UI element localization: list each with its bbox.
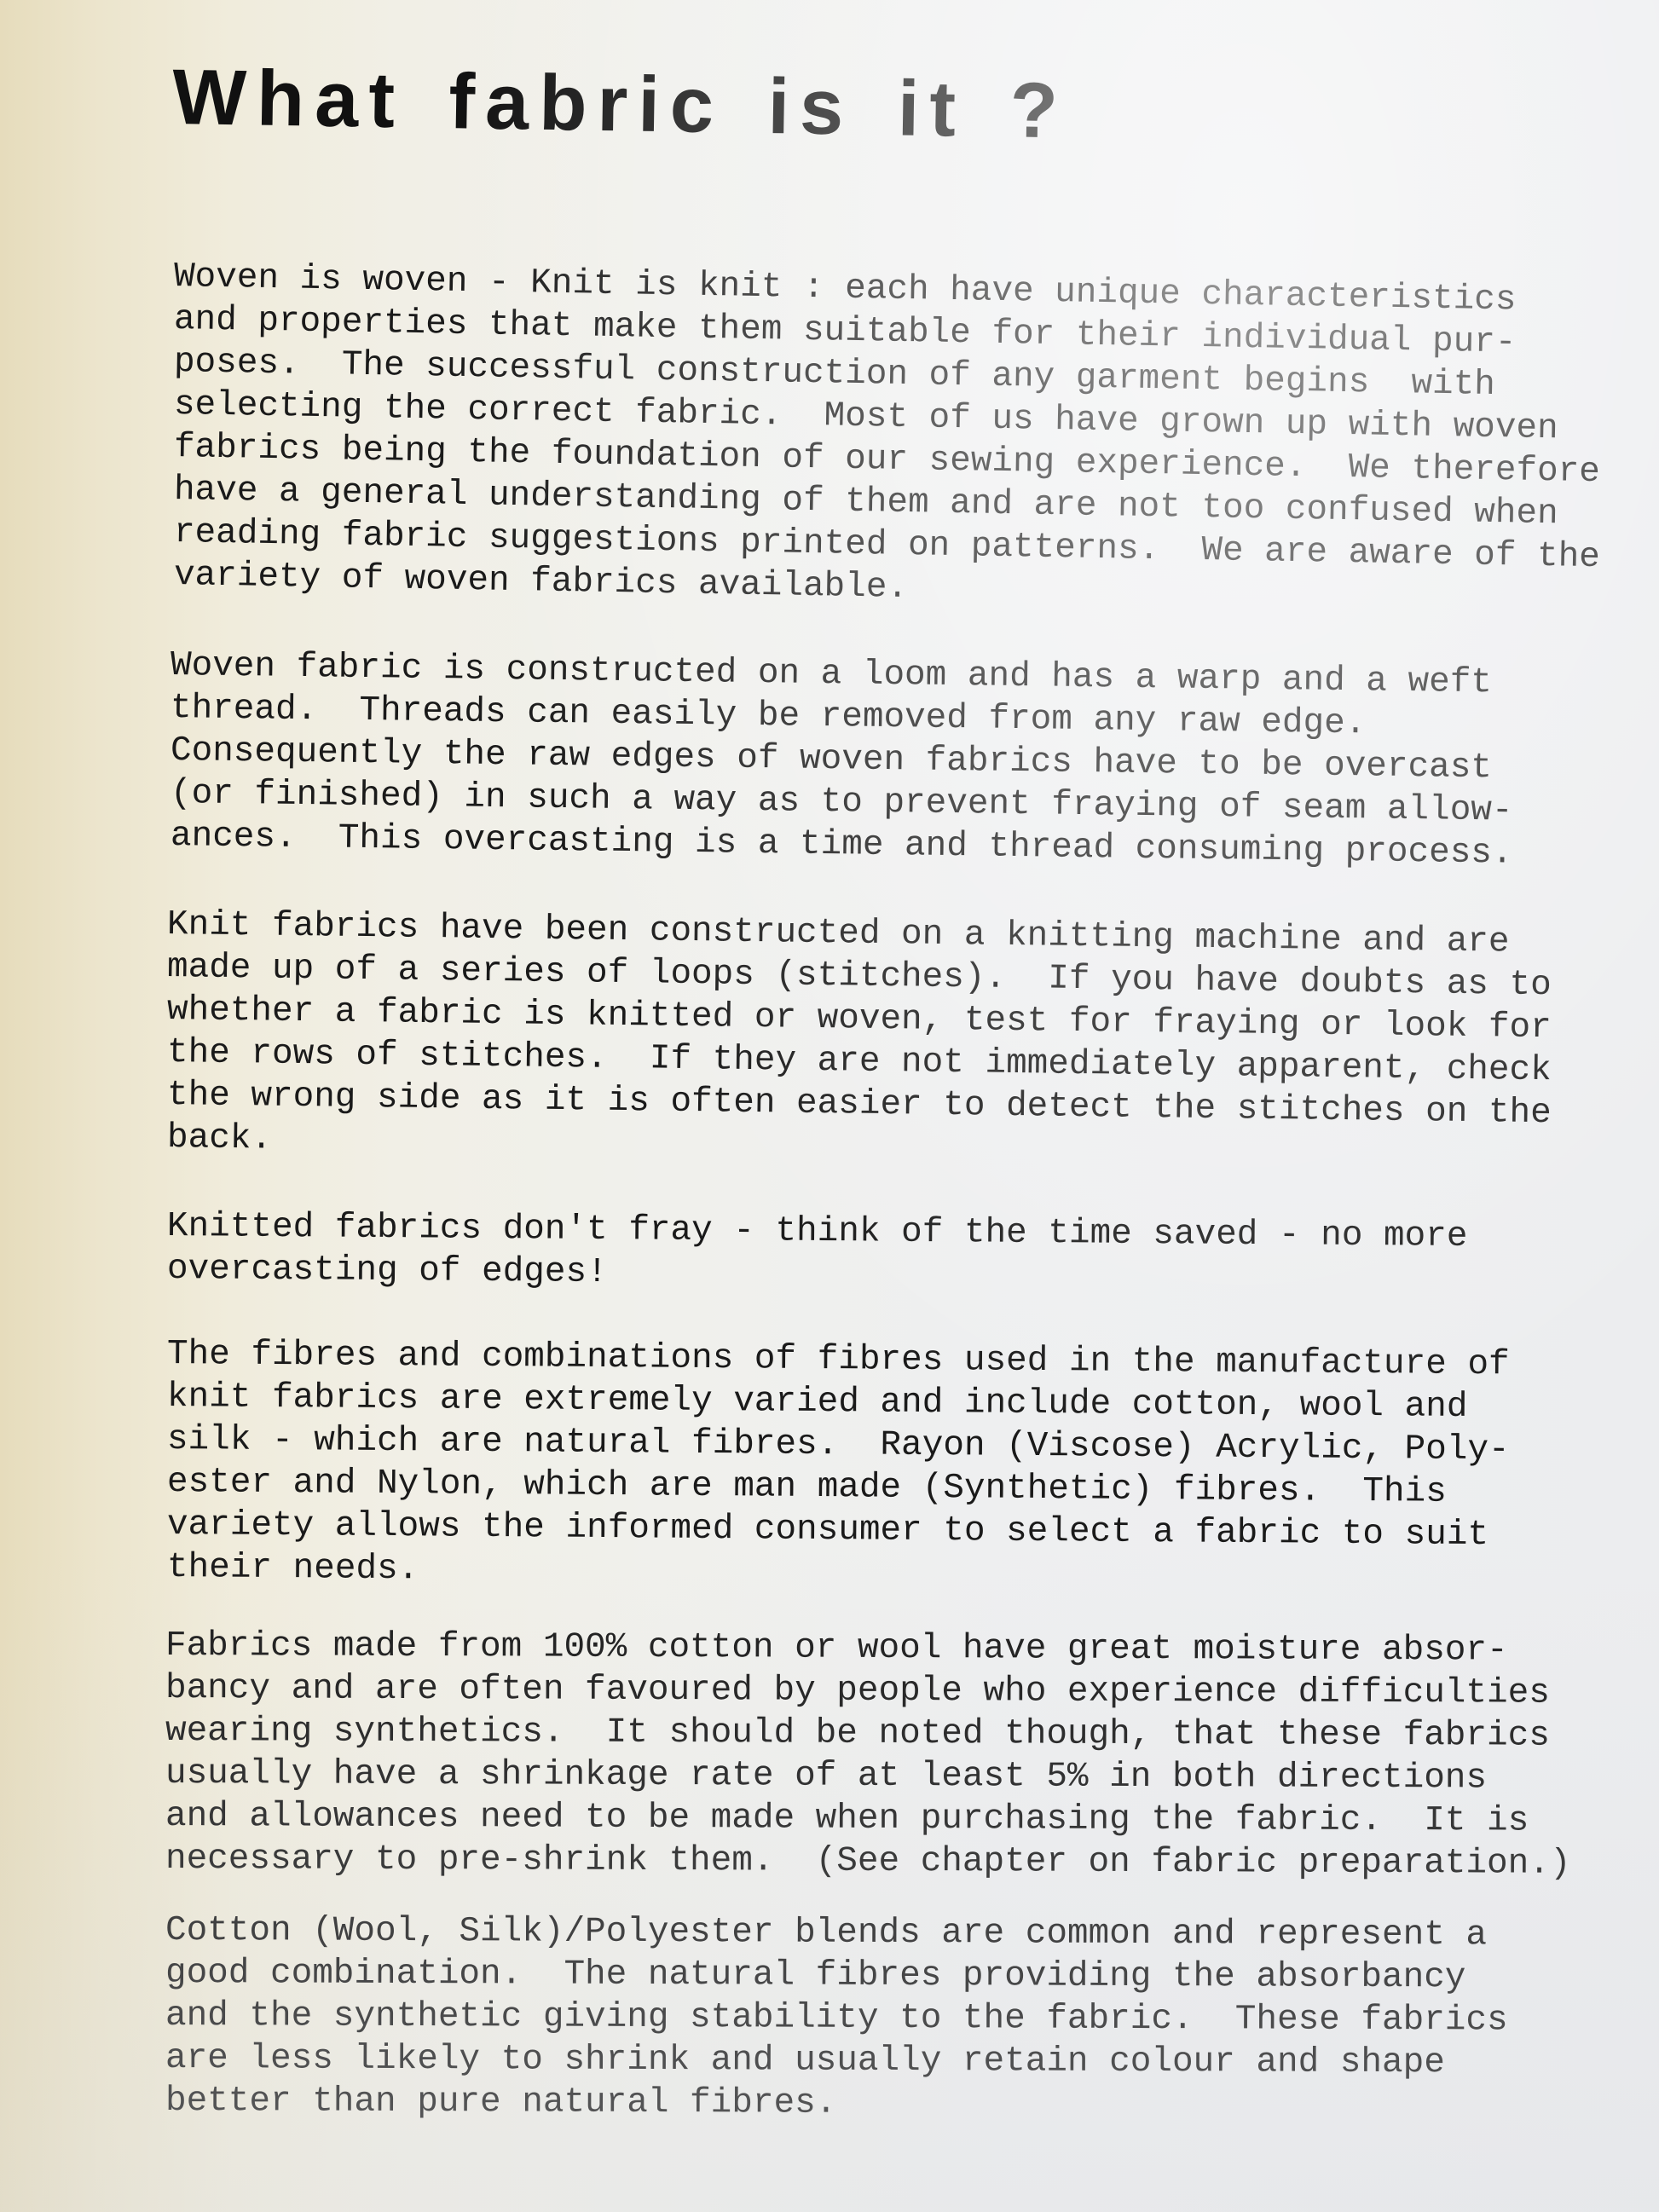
page-title: What fabric is it ? xyxy=(171,53,1068,156)
paragraph-woven-vs-knit: Woven is woven - Knit is knit : each hav… xyxy=(174,256,1600,597)
paragraph-knit-no-fray: Knitted fabrics don't fray - think of th… xyxy=(167,1205,1467,1291)
document-page: What fabric is it ? Woven is woven - Kni… xyxy=(0,0,1659,2212)
text-line: and the synthetic giving stability to th… xyxy=(165,1995,1508,2042)
text-line: better than pure natural fibres. xyxy=(165,2080,1508,2127)
paragraph-cotton-wool-shrinkage: Fabrics made from 100% cotton or wool ha… xyxy=(165,1625,1570,1880)
text-line: and allowances need to be made when purc… xyxy=(165,1795,1571,1843)
paragraph-blends: Cotton (Wool, Silk)/Polyester blends are… xyxy=(165,1909,1508,2122)
text-line: are less likely to shrink and usually re… xyxy=(165,2037,1508,2084)
text-line: usually have a shrinkage rate of at leas… xyxy=(165,1753,1571,1800)
text-line: wearing synthetics. It should be noted t… xyxy=(165,1710,1571,1758)
text-line: good combination. The natural fibres pro… xyxy=(165,1952,1508,1999)
text-line: overcasting of edges! xyxy=(167,1248,1468,1301)
text-line: bancy and are often favoured by people w… xyxy=(165,1667,1571,1715)
text-line: Cotton (Wool, Silk)/Polyester blends are… xyxy=(165,1909,1508,1956)
text-line: Fabrics made from 100% cotton or wool ha… xyxy=(165,1625,1571,1672)
text-line: necessary to pre-shrink them. (See chapt… xyxy=(165,1838,1571,1886)
paragraph-woven-construction: Woven fabric is constructed on a loom an… xyxy=(171,644,1513,858)
paragraph-knit-construction: Knit fabrics have been constructed on a … xyxy=(167,904,1552,1159)
paragraph-fibres: The fibres and combinations of fibres us… xyxy=(167,1333,1510,1589)
